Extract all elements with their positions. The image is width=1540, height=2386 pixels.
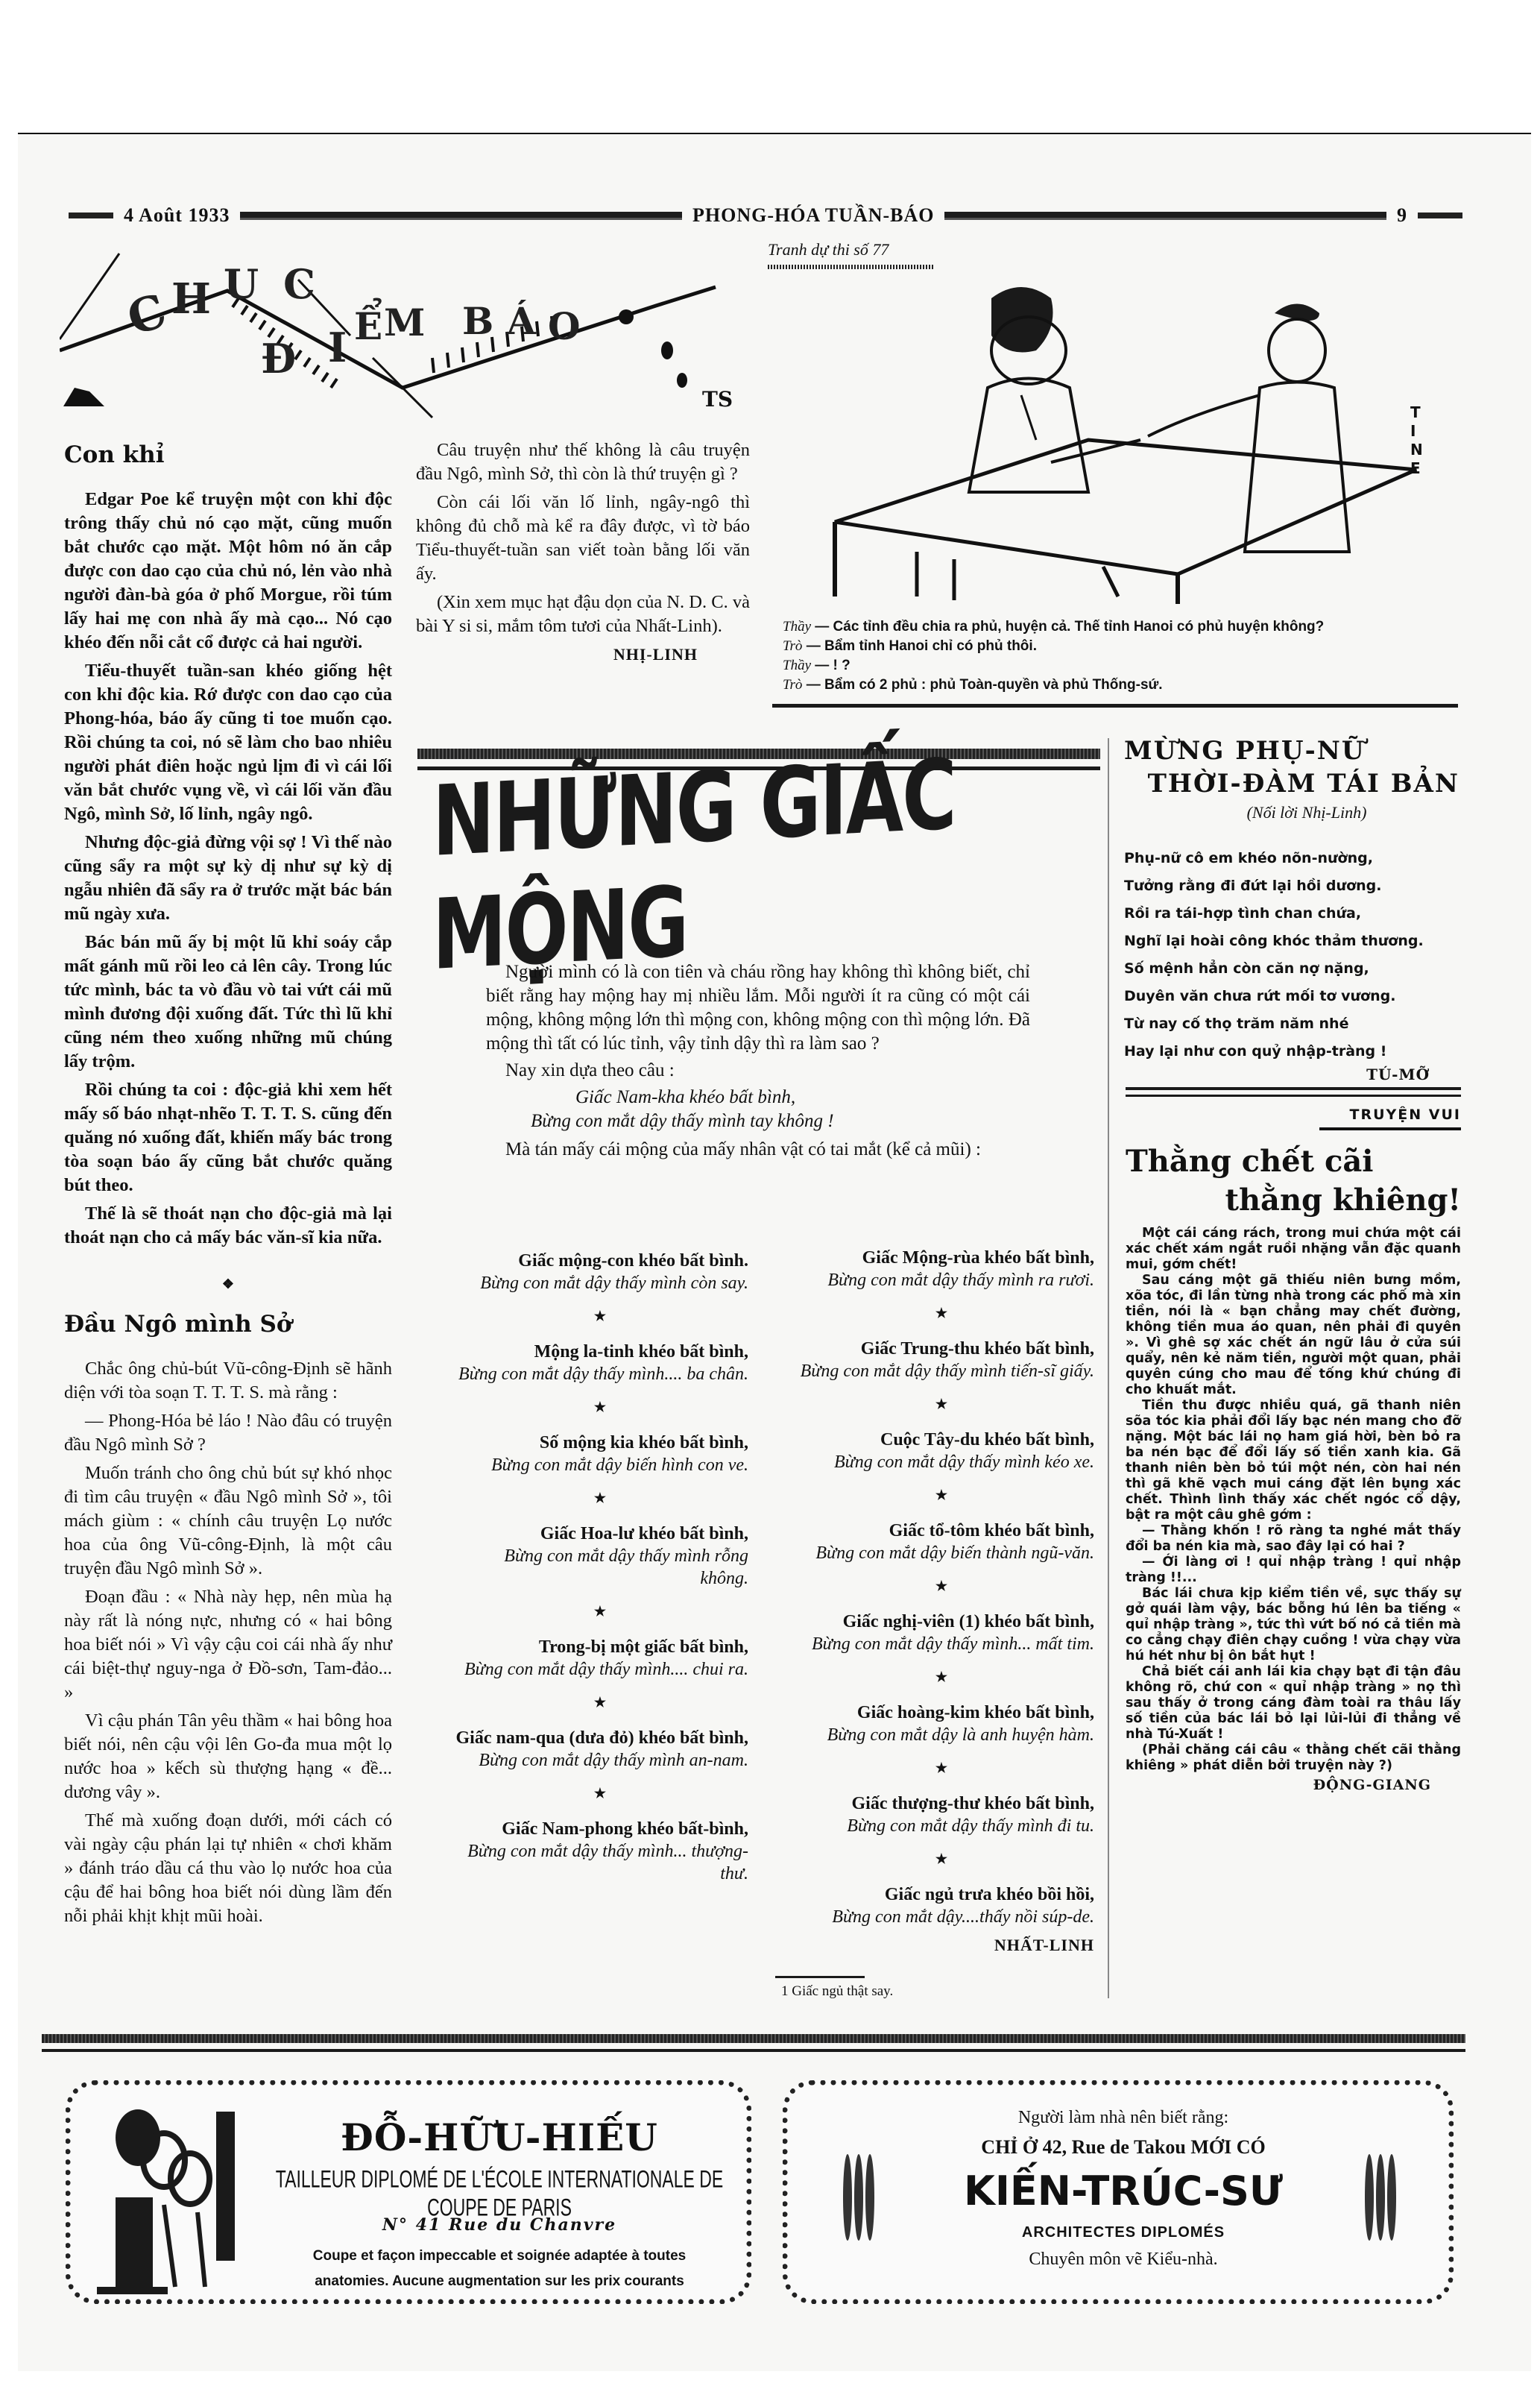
- paragraph: — Ới làng ơi ! quỉ nhập tràng ! quỉ nhập…: [1126, 1555, 1461, 1586]
- dream-verse: Giấc hoàng-kim khéo bất bình,Bừng con mắ…: [789, 1702, 1094, 1746]
- publication-name: PHONG-HÓA TUẦN-BÁO: [692, 204, 934, 227]
- banner-zigzag-graphic: C H U C Đ I Ể M B Á O TS: [60, 246, 760, 425]
- ad-tailor-name: ĐỖ-HỮU-HIẾU: [257, 2115, 742, 2159]
- ad-tailor: ĐỖ-HỮU-HIẾU TAILLEUR DIPLOMÉ DE L'ÉCOLE …: [66, 2080, 751, 2304]
- column-divider: [1108, 738, 1109, 1998]
- dream-verse: Giấc thượng-thư khéo bất bình,Bừng con m…: [789, 1792, 1094, 1837]
- poem-lines: Phụ-nữ cô em khéo nõn-nường, Tưởng rằng …: [1124, 845, 1459, 1065]
- story-author: ĐỘNG-GIANG: [1126, 1777, 1431, 1793]
- paragraph: Tiểu-thuyết tuần-san khéo giống hệt con …: [64, 659, 392, 826]
- author-signature: NHẤT-LINH: [789, 1934, 1094, 1957]
- ad-body-line: Coupe et façon impeccable et soignée ada…: [257, 2244, 742, 2269]
- paragraph: Muốn tránh cho ông chủ bút sự khó nhọc đ…: [64, 1461, 392, 1581]
- star-separator-icon: ★: [452, 1487, 748, 1509]
- header-rule-right: [944, 212, 1386, 220]
- cartoon-illustration: T I N E: [805, 268, 1461, 604]
- tailor-figures-icon: [93, 2108, 242, 2294]
- star-separator-icon: ★: [452, 1782, 748, 1804]
- poem-line: Số mệnh hẳn còn căn nợ nặng,: [1124, 955, 1459, 983]
- poem-line: Tưởng rằng đi đứt lại hồi dương.: [1124, 872, 1459, 900]
- poem-subtitle: (Nối lời Nhị-Linh): [1154, 803, 1459, 822]
- divider-rule: [1126, 1095, 1461, 1097]
- column-middle-top: Câu truyện như thế không là câu truyện đ…: [416, 438, 750, 667]
- article-title-con-khi: Con khỉ: [64, 440, 392, 470]
- paragraph: Thế là sẽ thoát nạn cho độc-giả mà lại t…: [64, 1202, 392, 1250]
- ad-tailor-body: Coupe et façon impeccable et soignée ada…: [257, 2244, 742, 2294]
- paragraph: Người mình có là con tiên và cháu rồng h…: [486, 960, 1030, 1056]
- quote-line: Bừng con mắt dậy thấy mình tay không !: [486, 1109, 1030, 1133]
- poem-line: Từ nay cố thọ trăm năm nhé: [1124, 1010, 1459, 1038]
- dream-verse: Giấc Trung-thu khéo bất bình,Bừng con mắ…: [789, 1338, 1094, 1382]
- svg-text:I: I: [1410, 422, 1416, 440]
- dialogue-line: Thầy — ! ?: [783, 656, 1468, 676]
- paragraph: Đoạn đầu : « Nhà này hẹp, nên mùa hạ này…: [64, 1585, 392, 1704]
- poem-block: MỪNG PHỤ-NỮ THỜI-ĐÀM TÁI BẢN (Nối lời Nh…: [1124, 734, 1459, 1083]
- svg-text:I: I: [328, 324, 347, 371]
- svg-text:N: N: [1410, 441, 1423, 459]
- dream-verse: Cuộc Tây-du khéo bất bình,Bừng con mắt d…: [789, 1429, 1094, 1473]
- footnote-rule: [775, 1976, 865, 1978]
- paragraph: Còn cái lối văn lố lỉnh, ngây-ngô thì kh…: [416, 491, 750, 586]
- poem-line: Nghĩ lại hoài công khóc thảm thương.: [1124, 928, 1459, 955]
- dream-verse: Giấc Hoa-lư khéo bất bình,Bừng con mắt d…: [452, 1523, 748, 1590]
- svg-text:O: O: [548, 304, 581, 348]
- dialogue-line: Thầy — Các tỉnh đều chia ra phủ, huyện c…: [783, 617, 1468, 637]
- separator-ornament-icon: ❖: [64, 1272, 392, 1296]
- ad-architect: Người làm nhà nên biết rằng: CHỈ Ở 42, R…: [783, 2080, 1454, 2304]
- story-block: TRUYỆN VUI Thằng chết cãi thằng khiêng! …: [1126, 1107, 1461, 1793]
- poem-author: TÚ-MỠ: [1124, 1065, 1430, 1083]
- column-left: Con khỉ Edgar Poe kể truyện một con khỉ …: [64, 440, 392, 1933]
- poem-title-line2: THỜI-ĐÀM TÁI BẢN: [1124, 767, 1459, 800]
- column-banner: C H U C Đ I Ể M B Á O TS: [60, 246, 760, 425]
- paragraph: — Thằng khốn ! rõ ràng ta nghé mắt thấy …: [1126, 1523, 1461, 1555]
- paragraph: Rồi chúng ta coi : độc-giả khi xem hết m…: [64, 1078, 392, 1197]
- poem-line: Rồi ra tái-hợp tình chan chứa,: [1124, 900, 1459, 928]
- svg-text:TS: TS: [702, 387, 733, 412]
- story-title-line2: thằng khiêng!: [1126, 1181, 1461, 1220]
- author-signature: NHỊ-LINH: [416, 643, 698, 667]
- quote-line: Giấc Nam-kha khéo bất bình,: [486, 1086, 1030, 1109]
- cartoon-label: Tranh dự thi số 77: [768, 240, 889, 259]
- ad-architect-line2: CHỈ Ở 42, Rue de Takou MỚI CÓ: [900, 2136, 1347, 2159]
- dream-verse: Giấc nam-qua (dưa đỏ) khéo bất bình,Bừng…: [452, 1727, 748, 1772]
- footnote: 1 Giấc ngủ thật say.: [781, 1983, 893, 2000]
- title-text: NHỮNG GIẤC MỘNG: [432, 731, 1088, 992]
- dream-verse: Trong-bị một giấc bất bình,Bừng con mắt …: [452, 1636, 748, 1681]
- dream-verse: Giấc Mộng-rùa khéo bất bình,Bừng con mắt…: [789, 1247, 1094, 1291]
- dream-verse: Giấc mộng-con khéo bất bình.Bừng con mắt…: [452, 1250, 748, 1294]
- leaf-ornament-right-icon: [1362, 2153, 1399, 2242]
- divider-rule: [772, 704, 1458, 708]
- star-separator-icon: ★: [452, 1305, 748, 1327]
- header-ornament-right: [1418, 213, 1462, 218]
- paragraph: Chắc ông chủ-bút Vũ-công-Định sẽ hãnh di…: [64, 1357, 392, 1405]
- paragraph: Edgar Poe kể truyện một con khỉ độc trôn…: [64, 488, 392, 655]
- svg-text:Á: Á: [506, 299, 537, 343]
- svg-text:B: B: [462, 299, 493, 343]
- svg-text:M: M: [384, 300, 425, 344]
- giac-mong-intro: Người mình có là con tiên và cháu rồng h…: [486, 960, 1030, 1166]
- paragraph: Câu truyện như thế không là câu truyện đ…: [416, 438, 750, 486]
- star-separator-icon: ★: [452, 1396, 748, 1418]
- dreams-right-column: Giấc Mộng-rùa khéo bất bình,Bừng con mắt…: [789, 1247, 1094, 1957]
- star-separator-icon: ★: [452, 1691, 748, 1713]
- ad-architect-line1: Người làm nhà nên biết rằng:: [900, 2108, 1347, 2128]
- paragraph: Tiền thu được nhiều quá, gã thanh niên s…: [1126, 1398, 1461, 1523]
- paragraph: Sau cáng một gã thiếu niên bưng mồm, xõa…: [1126, 1273, 1461, 1398]
- giac-mong-title: NHỮNG GIẤC MỘNG: [432, 805, 1088, 917]
- poem-line: Duyên văn chưa rứt mối tơ vương.: [1124, 983, 1459, 1010]
- ad-tailor-address: N° 41 Rue du Chanvre: [257, 2215, 742, 2235]
- paragraph: Vì cậu phán Tân yêu thầm « hai bông hoa …: [64, 1709, 392, 1804]
- paragraph: Bác bán mũ ấy bị một lũ khỉ soáy cắp mất…: [64, 931, 392, 1074]
- header-rule-left: [240, 212, 682, 220]
- svg-text:H: H: [171, 274, 211, 324]
- teacher-student-drawing: T I N E: [805, 268, 1461, 604]
- poem-line: Hay lại như con quỷ nhập-tràng !: [1124, 1038, 1459, 1065]
- section-label-underline: [1319, 1127, 1461, 1130]
- story-title-line1: Thằng chết cãi: [1126, 1142, 1461, 1181]
- section-label: TRUYỆN VUI: [1126, 1107, 1461, 1123]
- ad-tailor-tagline: TAILLEUR DIPLOMÉ DE L'ÉCOLE INTERNATIONA…: [257, 2165, 742, 2222]
- star-separator-icon: ★: [789, 1848, 1094, 1870]
- svg-text:Ể: Ể: [354, 297, 382, 348]
- leaf-ornament-left-icon: [840, 2153, 877, 2242]
- paragraph: (Phải chăng cái câu « thằng chết cãi thằ…: [1126, 1743, 1461, 1774]
- dream-verse: Mộng la-tinh khéo bất bình,Bừng con mắt …: [452, 1341, 748, 1385]
- star-separator-icon: ★: [452, 1600, 748, 1622]
- header-ornament-left: [69, 213, 113, 218]
- dream-verse: Giấc nghị-viên (1) khéo bất bình,Bừng co…: [789, 1611, 1094, 1655]
- dream-verse: Số mộng kia khéo bất bình,Bừng con mắt d…: [452, 1432, 748, 1476]
- paragraph: Nay xin dựa theo câu :: [486, 1059, 1030, 1083]
- poem-title-line1: MỪNG PHỤ-NỮ: [1124, 734, 1459, 767]
- svg-text:E: E: [1410, 459, 1421, 477]
- star-separator-icon: ★: [789, 1575, 1094, 1597]
- paragraph: — Phong-Hóa bẻ láo ! Nào đâu có truyện đ…: [64, 1409, 392, 1457]
- star-separator-icon: ★: [789, 1757, 1094, 1779]
- bottom-thin-rule: [42, 2049, 1465, 2052]
- dialogue-line: Trò — Bẩm tỉnh Hanoi chỉ có phủ thôi.: [783, 637, 1468, 656]
- cartoon-caption: Thầy — Các tỉnh đều chia ra phủ, huyện c…: [783, 617, 1468, 695]
- star-separator-icon: ★: [789, 1484, 1094, 1506]
- bottom-thick-rule: [42, 2034, 1465, 2043]
- svg-text:U: U: [224, 260, 259, 308]
- svg-text:C: C: [283, 260, 315, 308]
- paragraph: (Xin xem mục hạt đậu dọn của N. D. C. và…: [416, 591, 750, 638]
- page-number: 9: [1397, 204, 1407, 227]
- star-separator-icon: ★: [789, 1666, 1094, 1688]
- svg-text:Đ: Đ: [261, 335, 296, 383]
- paragraph: Nhưng độc-giả đừng vội sợ ! Vì thế nào c…: [64, 831, 392, 926]
- ad-architect-subtitle: ARCHITECTES DIPLOMÉS: [900, 2224, 1347, 2241]
- dialogue-line: Trò — Bẩm có 2 phủ : phủ Toàn-quyền và p…: [783, 676, 1468, 695]
- ad-body-line: anatomies. Aucune augmentation sur les p…: [257, 2269, 742, 2294]
- story-body: Một cái cáng rách, trong mui chứa một cá…: [1126, 1226, 1461, 1774]
- dream-verse: Giấc Nam-phong khéo bất-bình,Bừng con mắ…: [452, 1818, 748, 1885]
- paragraph: Bác lái chưa kịp kiểm tiền về, sực thấy …: [1126, 1586, 1461, 1664]
- star-separator-icon: ★: [789, 1393, 1094, 1415]
- paragraph: Một cái cáng rách, trong mui chứa một cá…: [1126, 1226, 1461, 1273]
- ad-architect-line3: Chuyên môn vẽ Kiểu-nhà.: [900, 2250, 1347, 2270]
- divider-rule: [1126, 1087, 1461, 1090]
- svg-text:T: T: [1410, 403, 1421, 421]
- issue-date: 4 Août 1933: [124, 204, 230, 227]
- dream-verse: Giấc tổ-tôm khéo bất bình,Bừng con mắt d…: [789, 1520, 1094, 1564]
- star-separator-icon: ★: [789, 1302, 1094, 1324]
- paragraph: Thế mà xuống đoạn dưới, mới cách có vài …: [64, 1809, 392, 1928]
- dreams-left-column: Giấc mộng-con khéo bất bình.Bừng con mắt…: [452, 1250, 748, 1891]
- article-title-dau-ngo: Đầu Ngô mình Sở: [64, 1309, 392, 1339]
- svg-text:C: C: [121, 283, 173, 347]
- page-header: 4 Août 1933 PHONG-HÓA TUẦN-BÁO 9: [69, 203, 1462, 228]
- dream-verse: Giấc ngủ trưa khéo bồi hồi,Bừng con mắt …: [789, 1883, 1094, 1928]
- paragraph: Chả biết cái anh lái kia chạy bạt đi tận…: [1126, 1664, 1461, 1743]
- poem-line: Phụ-nữ cô em khéo nõn-nường,: [1124, 845, 1459, 872]
- paragraph: Mà tán mấy cái mộng của mấy nhân vật có …: [486, 1138, 1030, 1162]
- ad-architect-name: KIẾN-TRÚC-SƯ: [900, 2168, 1347, 2215]
